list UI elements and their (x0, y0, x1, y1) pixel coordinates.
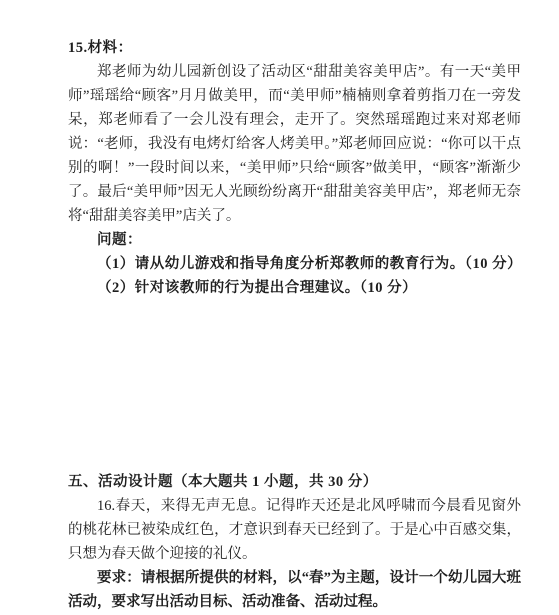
section-5-heading: 五、活动设计题（本大题共 1 小题，共 30 分） (68, 470, 521, 494)
section-5: 五、活动设计题（本大题共 1 小题，共 30 分） 16.春天，来得无声无息。记… (68, 470, 521, 614)
question-15-material: 郑老师为幼儿园新创设了活动区“甜甜美容美甲店”。有一天“美甲师”瑶瑶给“顾客”月… (68, 60, 521, 228)
question-15-questions-label: 问题： (68, 228, 521, 252)
question-16-intro: 16.春天，来得无声无息。记得昨天还是北风呼啸而今晨看见窗外的桃花林已被染成红色… (68, 494, 521, 566)
question-16-requirement: 要求：请根据所提供的材料，以“春”为主题，设计一个幼儿园大班活动，要求写出活动目… (68, 566, 521, 614)
question-15-section: 15.材料： 郑老师为幼儿园新创设了活动区“甜甜美容美甲店”。有一天“美甲师”瑶… (68, 36, 521, 300)
question-15-title: 材料： (88, 40, 133, 56)
question-15-heading: 15.材料： (68, 36, 521, 60)
question-15-number: 15. (68, 40, 88, 56)
question-15-sub-question-2: （2）针对该教师的行为提出合理建议。（10 分） (68, 276, 521, 300)
exam-page: 15.材料： 郑老师为幼儿园新创设了活动区“甜甜美容美甲店”。有一天“美甲师”瑶… (0, 0, 559, 615)
question-15-sub-question-1: （1）请从幼儿游戏和指导角度分析郑教师的教育行为。（10 分） (68, 252, 521, 276)
